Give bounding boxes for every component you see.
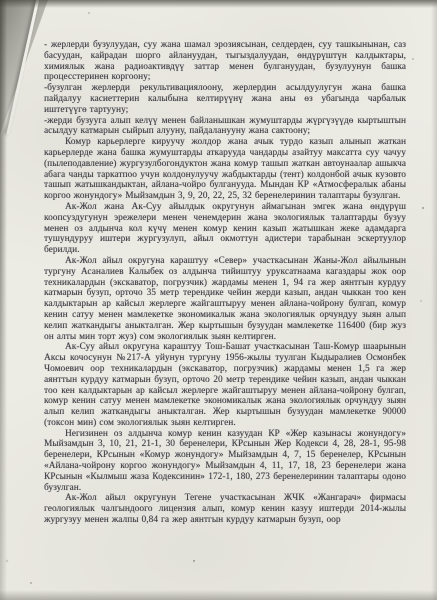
scan-edge-top [0,0,437,8]
scan-edge-right [431,0,437,600]
scanned-document-page: - жерлерди бузулуудан, суу жана шамал эр… [0,0,437,600]
paragraph: - жерлерди бузулуудан, суу жана шамал эр… [44,40,406,83]
footer-mark: ’ [191,558,196,568]
paragraph: Ак-Жол айыл округуна караштуу «Север» уч… [44,256,406,342]
paragraph: Ак-Жол айыл округунун Тегене участкасына… [44,493,406,525]
paragraph: Негизинен оз алдынча комур кенин казууда… [44,429,406,494]
paragraph: Комур карьерлерге кируучу жолдор жана ач… [44,137,406,202]
scan-edge-bottom [0,590,437,600]
scan-specks [0,0,2,2]
paragraph: Ак-Жол жана Ак-Суу айылдык округунун айм… [44,202,406,256]
document-body-text: - жерлерди бузулуудан, суу жана шамал эр… [44,40,406,526]
paragraph: -бузулган жерлерди рекультивациялоону, ж… [44,83,406,115]
paragraph: -жерди бузууга алып келүү менен байланыш… [44,116,406,138]
paragraph: Ак-Суу айыл округуна караштуу Тош-Башат … [44,342,406,428]
